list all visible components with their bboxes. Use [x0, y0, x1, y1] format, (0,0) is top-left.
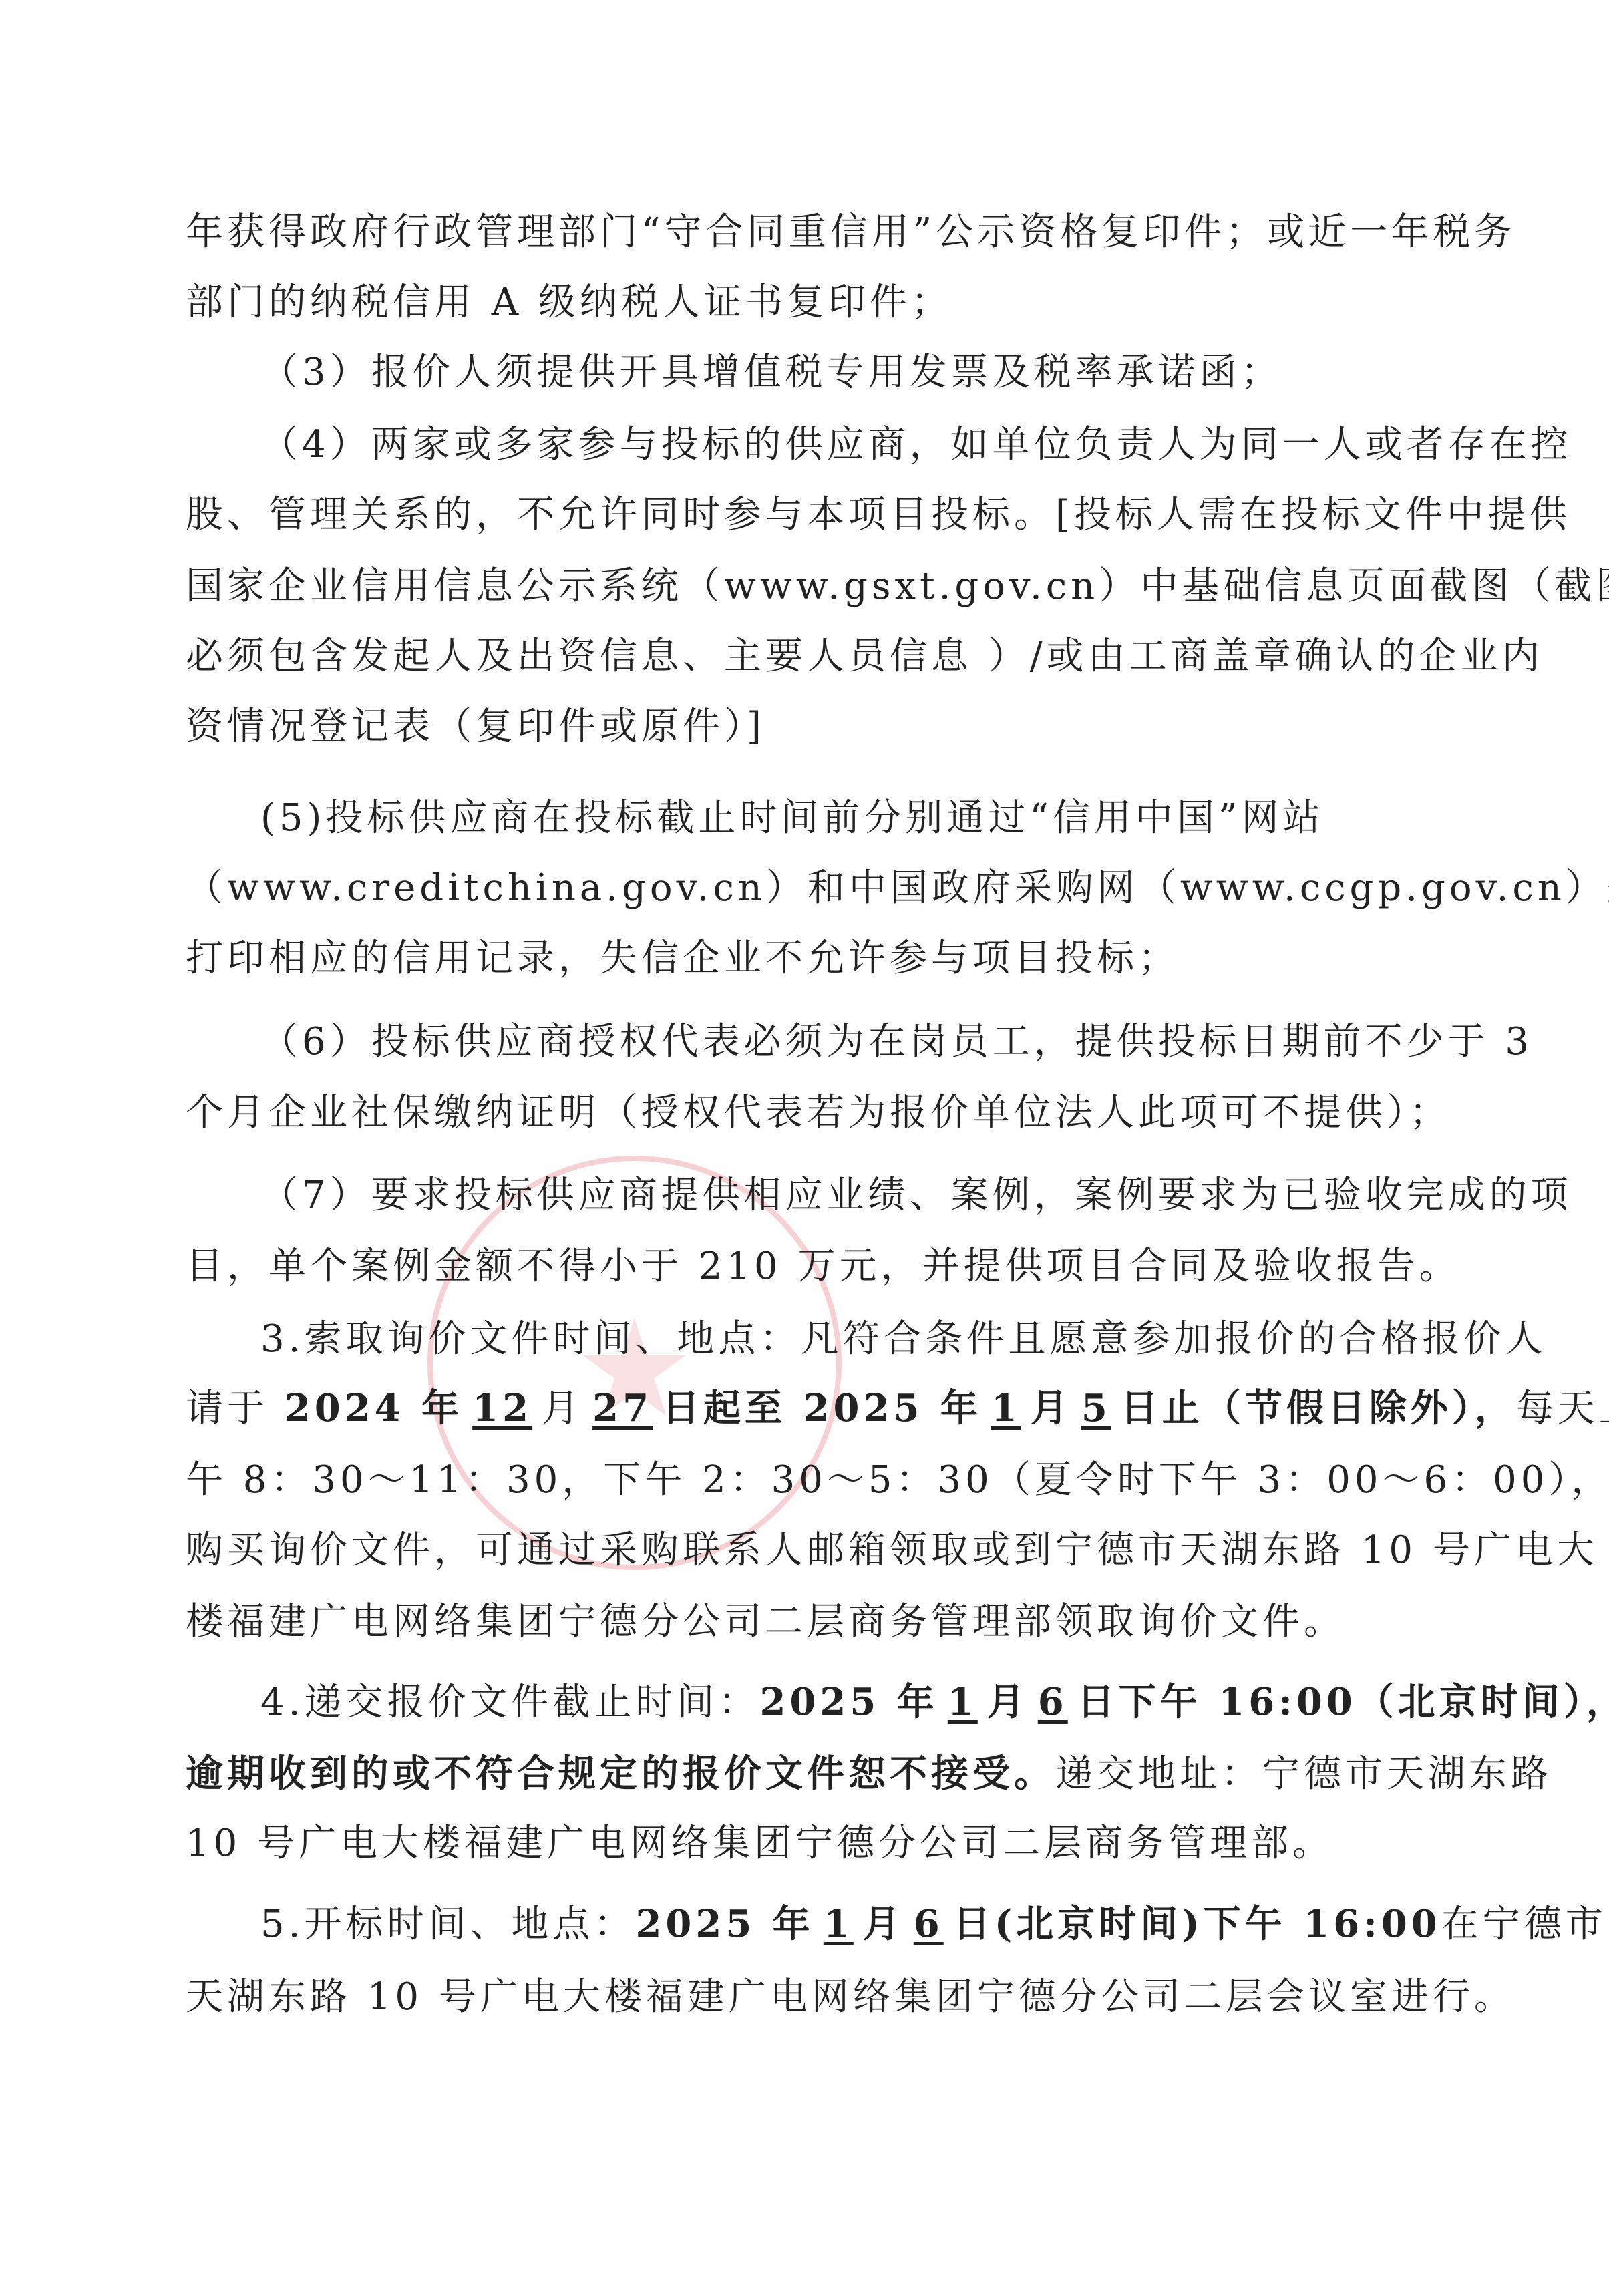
deadline-day: 6: [1029, 1680, 1077, 1724]
text-line: 股、管理关系的，不允许同时参与本项目投标。[投标人需在投标文件中提供: [186, 495, 1455, 535]
item-5: (5)投标供应商在投标截止时间前分别通过“信用中国”网站: [260, 798, 1530, 838]
office-hours-line: 午 8：30～11：30，下午 2：30～5：30（夏令时下午 3：00～6：0…: [186, 1460, 1455, 1500]
text-line: （www.creditchina.gov.cn）和中国政府采购网（www.ccg…: [186, 868, 1455, 909]
text-line: 天湖东路 10 号广电大楼福建广电网络集团宁德分公司二层会议室进行。: [186, 1977, 1455, 2017]
deadline-line: 4.递交报价文件截止时间：2025 年1月6日下午 16:00（北京时间），: [260, 1682, 1530, 1723]
text-line: 个月企业社保缴纳证明（授权代表若为报价单位法人此项可不提供）；: [186, 1093, 1455, 1133]
text-line: 打印相应的信用记录，失信企业不允许参与项目投标；: [186, 939, 1455, 979]
start-day: 27: [583, 1386, 662, 1430]
opening-line: 5.开标时间、地点：2025 年1月6日(北京时间)下午 16:00在宁德市: [260, 1904, 1530, 1945]
start-month: 12: [463, 1386, 542, 1430]
item-4: （4）两家或多家参与投标的供应商，如单位负责人为同一人或者存在控: [260, 425, 1530, 465]
document-page: ★ 年获得政府行政管理部门“守合同重信用”公示资格复印件；或近一年税务 部门的纳…: [0, 0, 1609, 2296]
text-line: 国家企业信用信息公示系统（www.gsxt.gov.cn）中基础信息页面截图（截…: [186, 566, 1455, 607]
late-submission-line: 逾期收到的或不符合规定的报价文件恕不接受。递交地址：宁德市天湖东路: [186, 1754, 1455, 1794]
end-day: 5: [1072, 1386, 1121, 1430]
item-6: （6）投标供应商授权代表必须为在岗员工，提供投标日期前不少于 3: [260, 1022, 1530, 1062]
section-3-heading: 3.索取询价文件时间、地点：凡符合条件且愿意参加报价的合格报价人: [260, 1319, 1530, 1359]
date-range-line: 请于 2024 年12月27日起至 2025 年1月5日止（节假日除外），每天上: [186, 1388, 1455, 1429]
text-line: 资情况登记表（复印件或原件）]: [186, 707, 1455, 747]
end-month: 1: [982, 1386, 1031, 1430]
text-line: 10 号广电大楼福建广电网络集团宁德分公司二层商务管理部。: [186, 1824, 1455, 1864]
text-line: 楼福建广电网络集团宁德分公司二层商务管理部领取询价文件。: [186, 1602, 1455, 1642]
deadline-month: 1: [938, 1680, 987, 1724]
opening-month: 1: [814, 1902, 863, 1946]
opening-day: 6: [904, 1902, 953, 1946]
text-line: 年获得政府行政管理部门“守合同重信用”公示资格复印件；或近一年税务: [186, 212, 1455, 253]
text-line: 购买询价文件，可通过采购联系人邮箱领取或到宁德市天湖东路 10 号广电大: [186, 1530, 1455, 1571]
item-3: （3）报价人须提供开具增值税专用发票及税率承诺函；: [260, 353, 1530, 393]
text-line: 必须包含发起人及出资信息、主要人员信息 ）/或由工商盖章确认的企业内: [186, 637, 1455, 677]
item-7: （7）要求投标供应商提供相应业绩、案例，案例要求为已验收完成的项: [260, 1176, 1530, 1216]
text-line: 部门的纳税信用 A 级纳税人证书复印件；: [186, 283, 1455, 323]
text-line: 目，单个案例金额不得小于 210 万元，并提供项目合同及验收报告。: [186, 1247, 1455, 1287]
